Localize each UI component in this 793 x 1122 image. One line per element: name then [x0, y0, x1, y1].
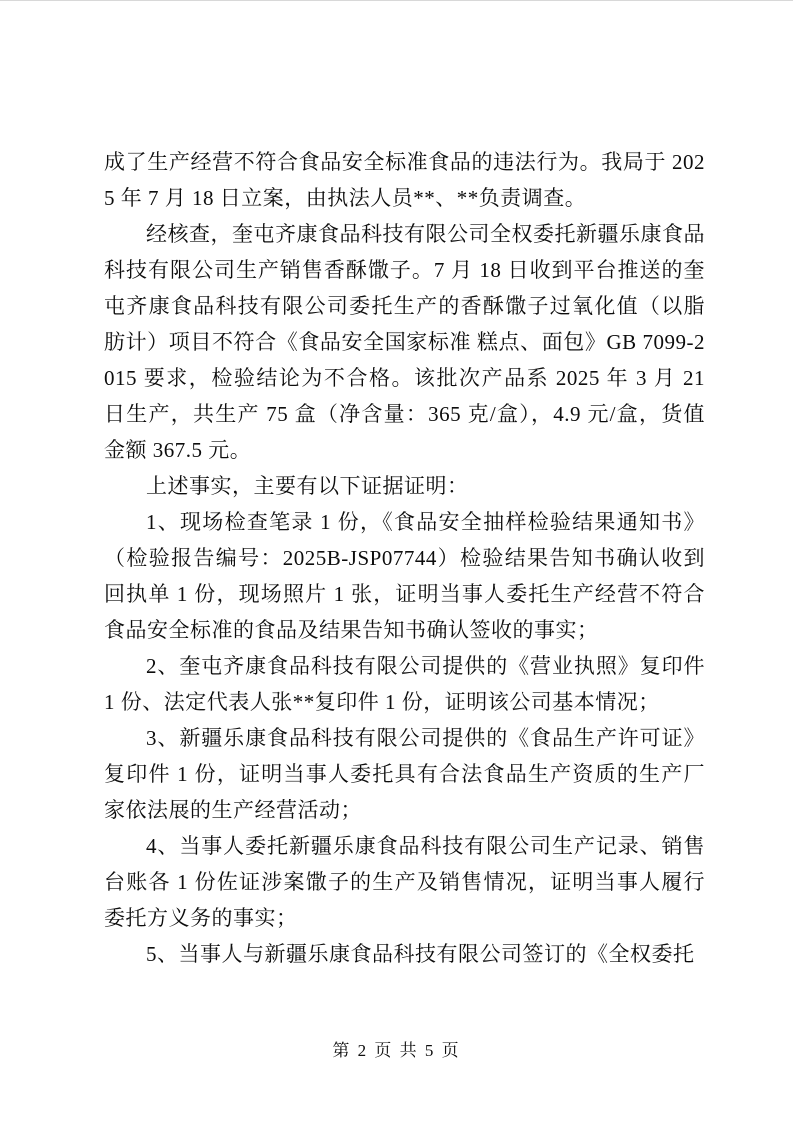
evidence-item-3: 3、新疆乐康食品科技有限公司提供的《食品生产许可证》复印件 1 份，证明当事人委… [104, 720, 705, 828]
evidence-item-4: 4、当事人委托新疆乐康食品科技有限公司生产记录、销售台账各 1 份佐证涉案馓子的… [104, 828, 705, 936]
evidence-intro-paragraph: 上述事实，主要有以下证据证明： [104, 468, 705, 504]
evidence-item-5: 5、当事人与新疆乐康食品科技有限公司签订的《全权委托 [104, 936, 705, 972]
continuation-paragraph: 成了生产经营不符合食品安全标准食品的违法行为。我局于 2025 年 7 月 18… [104, 144, 705, 216]
facts-paragraph: 经核查，奎屯齐康食品科技有限公司全权委托新疆乐康食品科技有限公司生产销售香酥馓子… [104, 216, 705, 468]
page-number-footer: 第 2 页 共 5 页 [0, 1039, 793, 1063]
evidence-item-1: 1、现场检查笔录 1 份，《食品安全抽样检验结果通知书》（检验报告编号：2025… [104, 504, 705, 648]
document-page: 成了生产经营不符合食品安全标准食品的违法行为。我局于 2025 年 7 月 18… [0, 0, 793, 1122]
document-body: 成了生产经营不符合食品安全标准食品的违法行为。我局于 2025 年 7 月 18… [104, 144, 705, 972]
evidence-item-2: 2、奎屯齐康食品科技有限公司提供的《营业执照》复印件 1 份、法定代表人张**复… [104, 648, 705, 720]
